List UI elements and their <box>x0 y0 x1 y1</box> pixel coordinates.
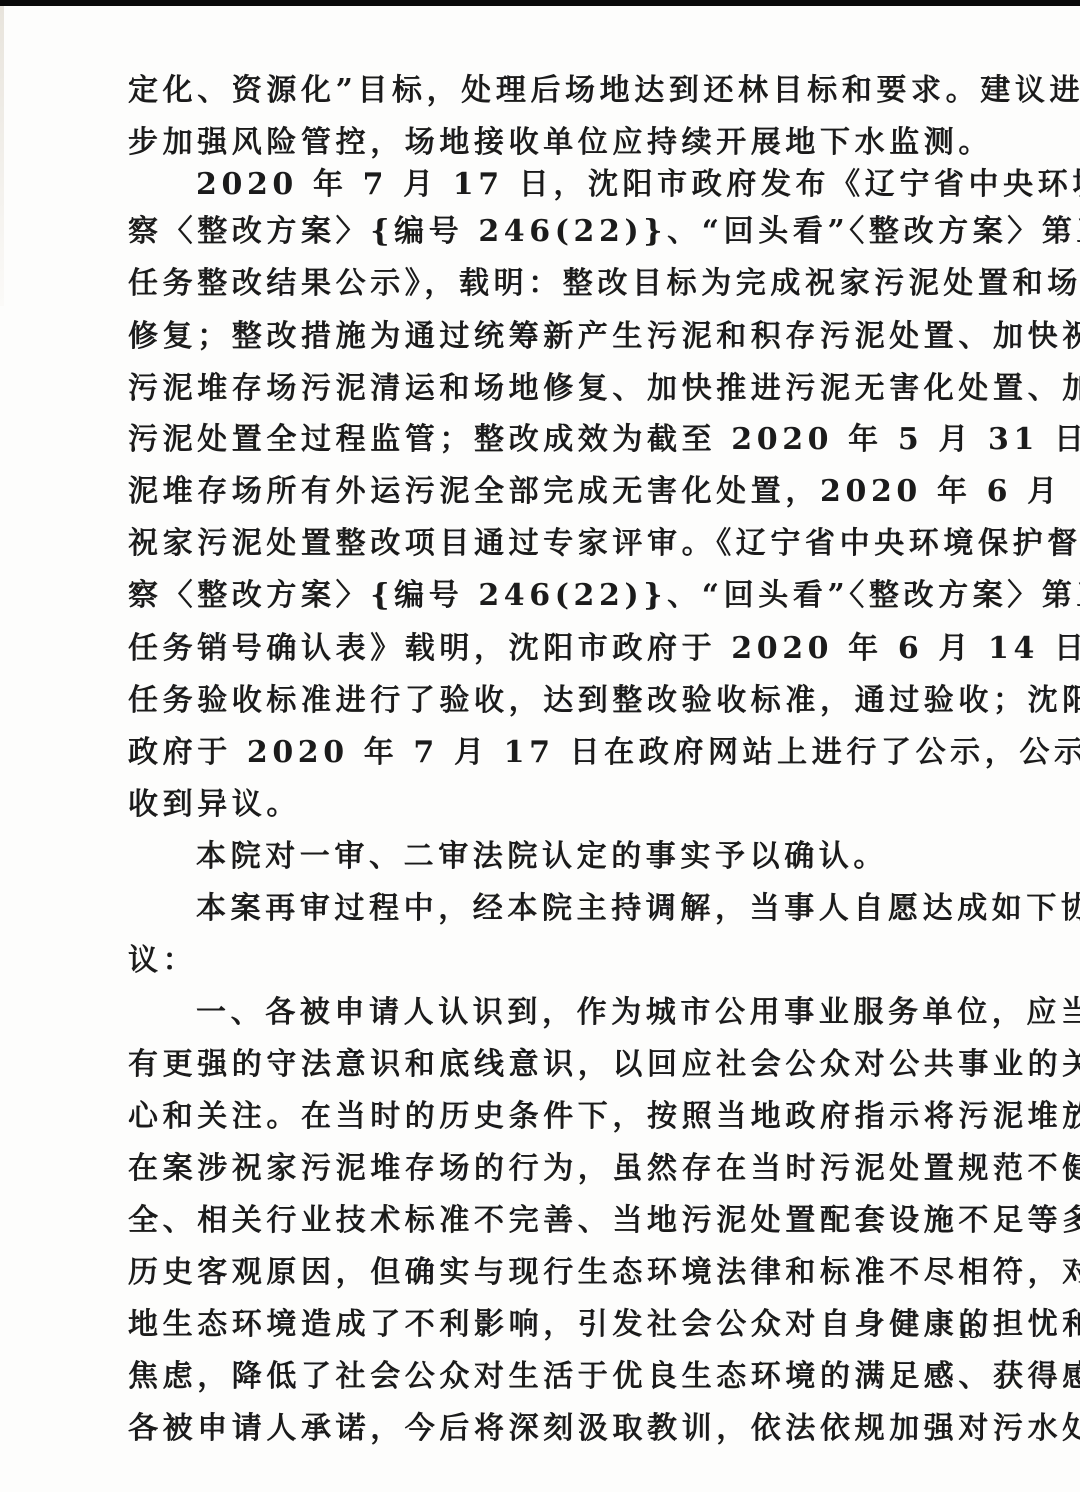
text-line: 污泥处置全过程监管；整改成效为截至 2020 年 5 月 31 日祝家污 <box>128 415 1000 465</box>
text-line: 察〈整改方案〉{编号 246(22)}、“回头看”〈整改方案〉第五项整改 <box>128 207 1000 257</box>
text-line: 在案涉祝家污泥堆存场的行为，虽然存在当时污泥处置规范不健 <box>128 1144 1000 1194</box>
text-line: 心和关注。在当时的历史条件下，按照当地政府指示将污泥堆放 <box>128 1092 1000 1142</box>
text-line: 焦虑，降低了社会公众对生活于优良生态环境的满足感、获得感。 <box>128 1352 1000 1402</box>
text-line: 议： <box>128 936 1000 986</box>
text-line: 有更强的守法意识和底线意识，以回应社会公众对公共事业的关 <box>128 1040 1000 1090</box>
text-line: 修复；整改措施为通过统筹新产生污泥和积存污泥处置、加快祝家 <box>128 312 1000 362</box>
text-line: 2020 年 7 月 17 日，沈阳市政府发布《辽宁省中央环境保护督 <box>196 160 1000 210</box>
text-line: 任务验收标准进行了验收，达到整改验收标准，通过验收；沈阳市 <box>128 676 1000 726</box>
text-line: 定化、资源化”目标，处理后场地达到还林目标和要求。建议进一 <box>128 66 1000 116</box>
document-page: 定化、资源化”目标，处理后场地达到还林目标和要求。建议进一 步加强风险管控，场地… <box>0 0 1080 1492</box>
text-line: 地生态环境造成了不利影响，引发社会公众对自身健康的担忧和 <box>128 1300 1000 1350</box>
text-line: 收到异议。 <box>128 780 1000 830</box>
text-line: 任务整改结果公示》，载明：整改目标为完成祝家污泥处置和场地 <box>128 259 1000 309</box>
text-line: 本案再审过程中，经本院主持调解，当事人自愿达成如下协 <box>196 884 1000 934</box>
text-line: 历史客观原因，但确实与现行生态环境法律和标准不尽相符，对当 <box>128 1248 1000 1298</box>
text-line: 各被申请人承诺，今后将深刻汲取教训，依法依规加强对污水处理 <box>128 1404 1000 1454</box>
text-line: 全、相关行业技术标准不完善、当地污泥处置配套设施不足等多种 <box>128 1196 1000 1246</box>
text-line: 察〈整改方案〉{编号 246(22)}、“回头看”〈整改方案〉第五项整改 <box>128 571 1000 621</box>
text-line: 任务销号确认表》载明，沈阳市政府于 2020 年 6 月 14 日按照整改 <box>128 624 1000 674</box>
text-line: 本院对一审、二审法院认定的事实予以确认。 <box>196 832 1000 882</box>
text-line: 政府于 2020 年 7 月 17 日在政府网站上进行了公示，公示期间未 <box>128 728 1000 778</box>
page-number: 15 <box>958 1318 980 1344</box>
text-line: 一、各被申请人认识到，作为城市公用事业服务单位，应当具 <box>196 988 1000 1038</box>
text-line: 祝家污泥处置整改项目通过专家评审。《辽宁省中央环境保护督 <box>128 519 1000 569</box>
text-line: 污泥堆存场污泥清运和场地修复、加快推进污泥无害化处置、加强 <box>128 364 1000 414</box>
text-line: 泥堆存场所有外运污泥全部完成无害化处置，2020 年 6 月 14 日 <box>128 467 1000 517</box>
